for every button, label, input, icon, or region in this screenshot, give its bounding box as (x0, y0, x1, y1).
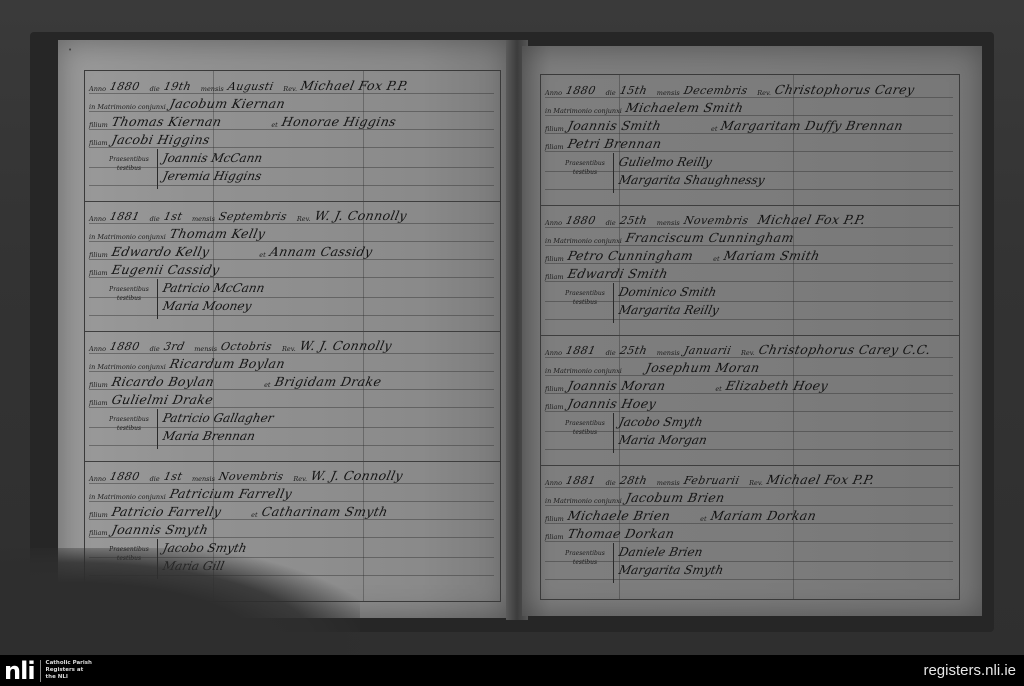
label-praesentibus-testibus: Praesentibustestibus (559, 549, 611, 567)
entry-year: 1880 (565, 84, 597, 97)
register-entry: Anno 1881 die 28th mensis Februarii Rev.… (541, 465, 959, 599)
entry-bride: Edwardi Smith (566, 266, 669, 281)
label-die: die (150, 475, 160, 483)
label-filiam: filiam (89, 269, 108, 277)
footer-bar: nli Catholic Parish Registers at the NLI… (0, 655, 1024, 686)
label-anno: Anno (545, 349, 562, 357)
witnesses-block: Praesentibustestibus Patricio McCann Mar… (103, 279, 463, 323)
entry-priest: Michael Fox P.P. (765, 472, 876, 487)
label-anno: Anno (545, 219, 562, 227)
entry-month: Decembris (682, 84, 748, 97)
label-filiam: filiam (545, 533, 564, 541)
entry-bride-row: filiam Thomae Dorkan (545, 523, 955, 541)
label-mensis: mensis (657, 349, 680, 357)
label-in-matrimonio: in Matrimonio conjunxi (89, 493, 166, 501)
label-et: et (715, 385, 721, 393)
register-image-viewer[interactable]: • Anno 1880 die 19th mensis Augusti Rev.… (0, 0, 1024, 655)
right-page-frame: Anno 1880 die 15th mensis Decembris Rev.… (540, 74, 960, 600)
label-filium: filium (89, 121, 108, 129)
witness-2: Maria Mooney (162, 299, 253, 313)
label-mensis: mensis (192, 215, 215, 223)
entry-year: 1880 (565, 214, 597, 227)
entry-month: Februarii (682, 474, 740, 487)
bracket (157, 279, 162, 319)
witness-1: Patricio McCann (162, 281, 266, 295)
entry-month: Octobris (220, 340, 274, 353)
entry-groom: Patricium Farrelly (168, 486, 293, 501)
entry-date-row: Anno 1880 die 1st mensis Novembris Rev. … (89, 465, 496, 483)
entry-bride: Eugenii Cassidy (110, 262, 221, 277)
label-filiam: filiam (545, 273, 564, 281)
entry-groom: Josephum Moran (644, 360, 761, 375)
entry-parents-row: filium Patricio Farrelly et Catharinam S… (89, 501, 496, 519)
entry-year: 1880 (109, 340, 141, 353)
entry-groom-mother: Annam Cassidy (268, 244, 374, 259)
witness-1: Dominico Smith (618, 285, 718, 299)
label-praesentibus-testibus: Praesentibustestibus (103, 155, 155, 173)
entry-day: 15th (618, 84, 648, 97)
entry-groom-mother: Mariam Smith (722, 248, 821, 263)
register-entry: Anno 1881 die 25th mensis Januarii Rev. … (541, 335, 959, 466)
nli-logo-mark: nli (4, 659, 35, 683)
left-page: • Anno 1880 die 19th mensis Augusti Rev.… (58, 40, 512, 618)
entry-month: Novembris (682, 214, 749, 227)
witness-1: Patricio Gallagher (162, 411, 275, 425)
witnesses-block: Praesentibustestibus Patricio Gallagher … (103, 409, 463, 453)
entry-day: 25th (618, 344, 648, 357)
entry-bride: Petri Brennan (566, 136, 663, 151)
label-et: et (700, 515, 706, 523)
label-die: die (606, 479, 616, 487)
entry-day: 1st (162, 470, 183, 483)
label-in-matrimonio: in Matrimonio conjunxi (89, 103, 166, 111)
label-in-matrimonio: in Matrimonio conjunxi (545, 367, 622, 375)
label-anno: Anno (89, 215, 106, 223)
entry-groom: Ricardum Boylan (168, 356, 286, 371)
label-die: die (150, 345, 160, 353)
entry-groom-row: in Matrimonio conjunxi Josephum Moran (545, 357, 955, 375)
entry-year: 1881 (565, 344, 597, 357)
entry-bride-row: filiam Petri Brennan (545, 133, 955, 151)
thumb-shadow-overlay (0, 548, 360, 655)
register-entry: Anno 1880 die 25th mensis Novembris Mich… (541, 205, 959, 336)
entry-bride: Joannis Hoey (566, 396, 657, 411)
label-filiam: filiam (89, 529, 108, 537)
entry-groom-row: in Matrimonio conjunxi Jacobum Brien (545, 487, 955, 505)
entry-groom-mother: Brigidam Drake (273, 374, 383, 389)
label-mensis: mensis (192, 475, 215, 483)
entry-priest: W. J. Connolly (298, 338, 393, 353)
witness-2: Jeremia Higgins (162, 169, 263, 183)
witnesses-block: Praesentibustestibus Daniele Brien Marga… (559, 543, 919, 587)
entry-groom-father: Joannis Moran (566, 378, 667, 393)
label-mensis: mensis (657, 479, 680, 487)
witness-1: Gulielmo Reilly (618, 155, 714, 169)
label-mensis: mensis (194, 345, 217, 353)
label-et: et (259, 251, 265, 259)
label-filium: filium (545, 255, 564, 263)
entry-day: 3rd (162, 340, 185, 353)
entry-groom-row: in Matrimonio conjunxi Thomam Kelly (89, 223, 496, 241)
register-entry: Anno 1880 die 15th mensis Decembris Rev.… (541, 75, 959, 206)
entry-bride: Joannis Smyth (110, 522, 209, 537)
entry-date-row: Anno 1881 die 28th mensis Februarii Rev.… (545, 469, 955, 487)
label-rev: Rev. (293, 475, 307, 483)
entry-month: Januarii (682, 344, 732, 357)
entry-bride: Gulielmi Drake (110, 392, 214, 407)
entry-year: 1880 (109, 80, 141, 93)
witness-1: Daniele Brien (618, 545, 704, 559)
label-filiam: filiam (89, 139, 108, 147)
label-filiam: filiam (545, 143, 564, 151)
bracket (613, 413, 618, 453)
entry-groom-father: Ricardo Boylan (110, 374, 215, 389)
label-die: die (606, 349, 616, 357)
entry-date-row: Anno 1881 die 25th mensis Januarii Rev. … (545, 339, 955, 357)
entry-groom-mother: Catharinam Smyth (260, 504, 389, 519)
label-filiam: filiam (89, 399, 108, 407)
entry-parents-row: filium Michaele Brien et Mariam Dorkan (545, 505, 955, 523)
witnesses-block: Praesentibustestibus Dominico Smith Marg… (559, 283, 919, 327)
label-praesentibus-testibus: Praesentibustestibus (103, 285, 155, 303)
entry-date-row: Anno 1880 die 3rd mensis Octobris Rev. W… (89, 335, 496, 353)
entry-groom-row: in Matrimonio conjunxi Ricardum Boylan (89, 353, 496, 371)
label-filium: filium (545, 385, 564, 393)
entry-groom-mother: Mariam Dorkan (709, 508, 818, 523)
entry-parents-row: filium Thomas Kiernan et Honorae Higgins (89, 111, 496, 129)
label-filium: filium (89, 381, 108, 389)
bracket (157, 149, 162, 189)
entry-year: 1880 (109, 470, 141, 483)
witness-2: Maria Brennan (162, 429, 257, 443)
logo-subtitle: Catholic Parish Registers at the NLI (46, 660, 92, 681)
right-page: Anno 1880 die 15th mensis Decembris Rev.… (522, 46, 982, 616)
entry-bride-row: filiam Joannis Smyth (89, 519, 496, 537)
entry-groom-row: in Matrimonio conjunxi Patricium Farrell… (89, 483, 496, 501)
label-die: die (150, 215, 160, 223)
label-filium: filium (89, 251, 108, 259)
witness-2: Margarita Reilly (618, 303, 721, 317)
entry-bride-row: filiam Edwardi Smith (545, 263, 955, 281)
label-rev: Rev. (282, 345, 296, 353)
page-pin-mark: • (68, 46, 72, 54)
entry-day: 19th (162, 80, 192, 93)
logo-divider (40, 660, 41, 682)
label-praesentibus-testibus: Praesentibustestibus (559, 289, 611, 307)
label-praesentibus-testibus: Praesentibustestibus (103, 415, 155, 433)
label-et: et (264, 381, 270, 389)
label-in-matrimonio: in Matrimonio conjunxi (545, 107, 622, 115)
entry-priest: W. J. Connolly (313, 208, 408, 223)
entry-date-row: Anno 1881 die 1st mensis Septembris Rev.… (89, 205, 496, 223)
site-link[interactable]: registers.nli.ie (923, 662, 1016, 679)
label-rev: Rev. (749, 479, 763, 487)
entry-parents-row: filium Joannis Moran et Elizabeth Hoey (545, 375, 955, 393)
label-in-matrimonio: in Matrimonio conjunxi (545, 497, 622, 505)
witnesses-block: Praesentibustestibus Joannis McCann Jere… (103, 149, 463, 193)
label-et: et (711, 125, 717, 133)
label-rev: Rev. (297, 215, 311, 223)
entry-groom-father: Edwardo Kelly (110, 244, 211, 259)
witness-2: Maria Morgan (618, 433, 709, 447)
entry-year: 1881 (109, 210, 141, 223)
witnesses-block: Praesentibustestibus Jacobo Smyth Maria … (559, 413, 919, 457)
bracket (157, 409, 162, 449)
entry-month: Augusti (226, 80, 274, 93)
witness-2: Margarita Shaughnessy (618, 173, 767, 187)
entry-date-row: Anno 1880 die 19th mensis Augusti Rev. M… (89, 75, 496, 93)
label-anno: Anno (545, 479, 562, 487)
label-mensis: mensis (201, 85, 224, 93)
entry-priest: Christophorus Carey C.C. (757, 342, 932, 357)
entry-groom-father: Thomas Kiernan (110, 114, 223, 129)
witness-1: Joannis McCann (162, 151, 264, 165)
label-in-matrimonio: in Matrimonio conjunxi (89, 233, 166, 241)
label-praesentibus-testibus: Praesentibustestibus (559, 159, 611, 177)
entry-parents-row: filium Edwardo Kelly et Annam Cassidy (89, 241, 496, 259)
entry-groom-mother: Elizabeth Hoey (724, 378, 829, 393)
entry-bride-row: filiam Jacobi Higgins (89, 129, 496, 147)
entry-bride: Jacobi Higgins (110, 132, 211, 147)
label-filiam: filiam (545, 403, 564, 411)
entry-groom-mother: Margaritam Duffy Brennan (720, 118, 905, 133)
entry-parents-row: filium Ricardo Boylan et Brigidam Drake (89, 371, 496, 389)
label-et: et (251, 511, 257, 519)
label-die: die (150, 85, 160, 93)
entry-priest: W. J. Connolly (309, 468, 404, 483)
label-anno: Anno (89, 475, 106, 483)
entry-groom-father: Patricio Farrelly (110, 504, 222, 519)
bracket (613, 283, 618, 323)
label-anno: Anno (545, 89, 562, 97)
entry-groom-row: in Matrimonio conjunxi Michaelem Smith (545, 97, 955, 115)
entry-groom-mother: Honorae Higgins (280, 114, 397, 129)
entry-parents-row: filium Joannis Smith et Margaritam Duffy… (545, 115, 955, 133)
label-filium: filium (89, 511, 108, 519)
label-in-matrimonio: in Matrimonio conjunxi (545, 237, 622, 245)
entry-groom-father: Michaele Brien (566, 508, 671, 523)
left-page-frame: Anno 1880 die 19th mensis Augusti Rev. M… (84, 70, 501, 602)
label-die: die (606, 89, 616, 97)
witnesses-block: Praesentibustestibus Gulielmo Reilly Mar… (559, 153, 919, 197)
label-in-matrimonio: in Matrimonio conjunxi (89, 363, 166, 371)
entry-bride-row: filiam Gulielmi Drake (89, 389, 496, 407)
label-rev: Rev. (741, 349, 755, 357)
entry-day: 28th (618, 474, 648, 487)
entry-parents-row: filium Petro Cunningham et Mariam Smith (545, 245, 955, 263)
entry-groom-row: in Matrimonio conjunxi Jacobum Kiernan (89, 93, 496, 111)
entry-month: Septembris (218, 210, 289, 223)
label-mensis: mensis (657, 219, 680, 227)
entry-priest: Michael Fox P.P. (757, 212, 868, 227)
entry-priest: Michael Fox P.P. (299, 78, 410, 93)
label-filium: filium (545, 125, 564, 133)
entry-bride-row: filiam Joannis Hoey (545, 393, 955, 411)
entry-groom: Franciscum Cunningham (624, 230, 795, 245)
label-mensis: mensis (657, 89, 680, 97)
label-et: et (271, 121, 277, 129)
entry-day: 25th (618, 214, 648, 227)
register-entry: Anno 1880 die 19th mensis Augusti Rev. M… (85, 71, 500, 202)
entry-month: Novembris (218, 470, 285, 483)
label-anno: Anno (89, 85, 106, 93)
entry-groom-father: Joannis Smith (566, 118, 662, 133)
entry-groom: Jacobum Kiernan (168, 96, 286, 111)
entry-groom: Jacobum Brien (624, 490, 726, 505)
register-entry: Anno 1880 die 3rd mensis Octobris Rev. W… (85, 331, 500, 462)
witness-1: Jacobo Smyth (618, 415, 705, 429)
label-et: et (713, 255, 719, 263)
label-anno: Anno (89, 345, 106, 353)
label-rev: Rev. (283, 85, 297, 93)
label-filium: filium (545, 515, 564, 523)
bracket (613, 543, 618, 583)
entry-groom: Michaelem Smith (624, 100, 745, 115)
entry-priest: Christophorus Carey (773, 82, 916, 97)
entry-day: 1st (162, 210, 183, 223)
register-entry: Anno 1881 die 1st mensis Septembris Rev.… (85, 201, 500, 332)
entry-year: 1881 (565, 474, 597, 487)
witness-2: Margarita Smyth (618, 563, 725, 577)
entry-groom-row: in Matrimonio conjunxi Franciscum Cunnin… (545, 227, 955, 245)
entry-date-row: Anno 1880 die 15th mensis Decembris Rev.… (545, 79, 955, 97)
label-rev: Rev. (757, 89, 771, 97)
label-praesentibus-testibus: Praesentibustestibus (559, 419, 611, 437)
entry-bride-row: filiam Eugenii Cassidy (89, 259, 496, 277)
entry-date-row: Anno 1880 die 25th mensis Novembris Mich… (545, 209, 955, 227)
entry-groom: Thomam Kelly (168, 226, 267, 241)
bracket (613, 153, 618, 193)
entry-groom-father: Petro Cunningham (566, 248, 694, 263)
entry-bride: Thomae Dorkan (566, 526, 676, 541)
nli-logo[interactable]: nli Catholic Parish Registers at the NLI (4, 659, 92, 683)
label-die: die (606, 219, 616, 227)
